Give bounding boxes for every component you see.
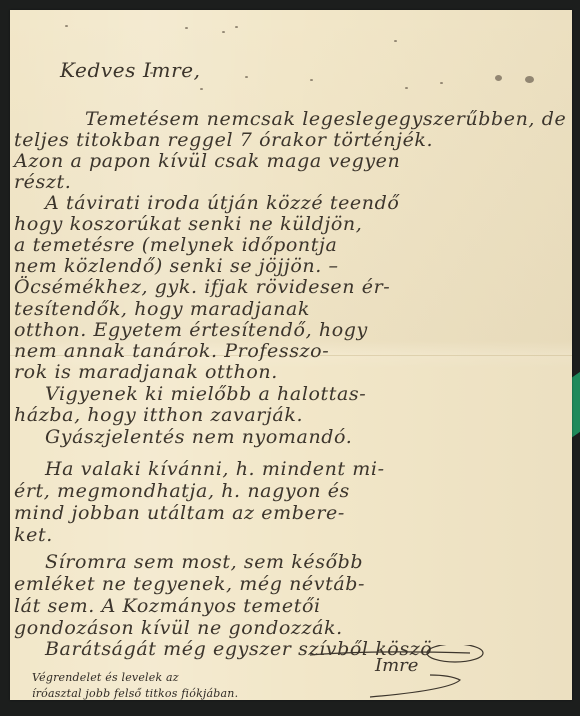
letter-line: Temetésem nemcsak legeslegegyszerűbben, … [85, 110, 566, 129]
paper-speck [394, 40, 397, 42]
letter-line: A távirati iroda útján közzé teendő [45, 194, 399, 213]
letter-line: mind jobban utáltam az embere- [14, 504, 345, 523]
paper-speck [235, 26, 238, 28]
paper-speck [440, 82, 443, 84]
letter-line: otthon. Egyetem értesítendő, hogy [14, 321, 368, 340]
postscript-line: Végrendelet és levelek az [32, 672, 179, 683]
paper-speck [222, 31, 225, 33]
signature: Imre [310, 645, 490, 705]
paper-speck [405, 87, 408, 89]
letter-line: Síromra sem most, sem később [45, 553, 363, 572]
letter-line: Vigyenek ki mielőbb a halottas- [45, 385, 366, 404]
letter-line: Öcsémékhez, gyk. ifjak rövidesen ér- [14, 278, 390, 297]
paper-speck [310, 79, 313, 81]
letter-salutation: Kedves Imre, [60, 60, 201, 80]
letter-line: lát sem. A Kozmányos temetői [14, 597, 321, 616]
letter-line: házba, hogy itthon zavarják. [14, 406, 303, 425]
letter-line: tesítendők, hogy maradjanak [14, 300, 310, 319]
green-edge-tab [571, 372, 580, 438]
postscript-line: íróasztal jobb felső titkos fiókjában. [32, 688, 238, 699]
letter-line: emléket ne tegyenek, még névtáb- [14, 575, 365, 594]
letter-line: Azon a papon kívül csak maga vegyen [14, 152, 400, 171]
paper-speck [65, 25, 68, 27]
letter-paper: Kedves Imre, Temetésem nemcsak legeslege… [10, 10, 572, 700]
letter-line: részt. [14, 173, 71, 192]
letter-line: gondozáson kívül ne gondozzák. [14, 619, 343, 638]
letter-line: teljes titokban reggel 7 órakor történjé… [14, 131, 433, 150]
paper-speck [200, 88, 203, 90]
scanned-document: Kedves Imre, Temetésem nemcsak legeslege… [0, 0, 580, 716]
paper-speck [495, 75, 502, 81]
paper-speck [525, 76, 534, 83]
paper-speck [245, 76, 248, 78]
letter-line: Gyászjelentés nem nyomandó. [45, 428, 352, 447]
letter-line: Ha valaki kívánni, h. mindent mi- [45, 460, 385, 479]
letter-line: rok is maradjanak otthon. [14, 363, 278, 382]
paper-speck [185, 27, 188, 29]
letter-line: a temetésre (melynek időpontja [14, 236, 337, 255]
letter-line: nem közlendő) senki se jöjjön. – [14, 257, 339, 276]
letter-line: nem annak tanárok. Professzo- [14, 342, 329, 361]
letter-line: ket. [14, 526, 53, 545]
letter-line: hogy koszorúkat senki ne küldjön, [14, 215, 362, 234]
signature-name: Imre [375, 655, 418, 676]
letter-line: ért, megmondhatja, h. nagyon és [14, 482, 350, 501]
